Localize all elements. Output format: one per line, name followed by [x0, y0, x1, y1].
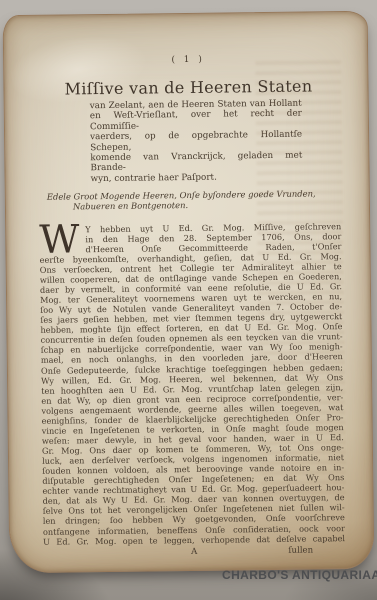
catchword: ſullen — [288, 545, 313, 555]
document-title: Miſſive van de Heeren Staten — [37, 76, 339, 99]
document-subtitle: van Zeelant, aen de Heeren Staten van Ho… — [90, 99, 303, 185]
subtitle-line: en Weſt-Vrieſlant, over het recht der Co… — [90, 109, 302, 132]
page-number: ( 1 ) — [37, 52, 339, 68]
subtitle-line: vaerders, op de opgebrachte Hollantſe Sc… — [90, 130, 302, 153]
bookseller-watermark: CHARBO'S ANTIQUARIAAT — [222, 568, 377, 582]
document-page: ( 1 ) Miſſive van de Heeren Staten van Z… — [3, 11, 375, 573]
subtitle-line: wyn, contrarie haer Paſport. — [91, 171, 303, 184]
subtitle-line: komende van Vranckrijck, geladen met Bra… — [90, 151, 302, 174]
drop-cap: W — [39, 224, 85, 255]
signature-row: A ſullen — [43, 545, 345, 561]
salutation: Edele Groot Mogende Heeren, Onſe byſonde… — [47, 188, 341, 212]
body-lines: Y hebben uyt U Ed. Gr. Mog. Miſſive, geſ… — [39, 221, 345, 547]
photo-backdrop: ( 1 ) Miſſive van de Heeren Staten van Z… — [0, 0, 377, 600]
body-text: W Y hebben uyt U Ed. Gr. Mog. Miſſive, g… — [39, 221, 345, 547]
salutation-line: Nabueren en Bontgenoten. — [73, 199, 341, 212]
type-block: ( 1 ) Miſſive van de Heeren Staten van Z… — [37, 52, 345, 560]
